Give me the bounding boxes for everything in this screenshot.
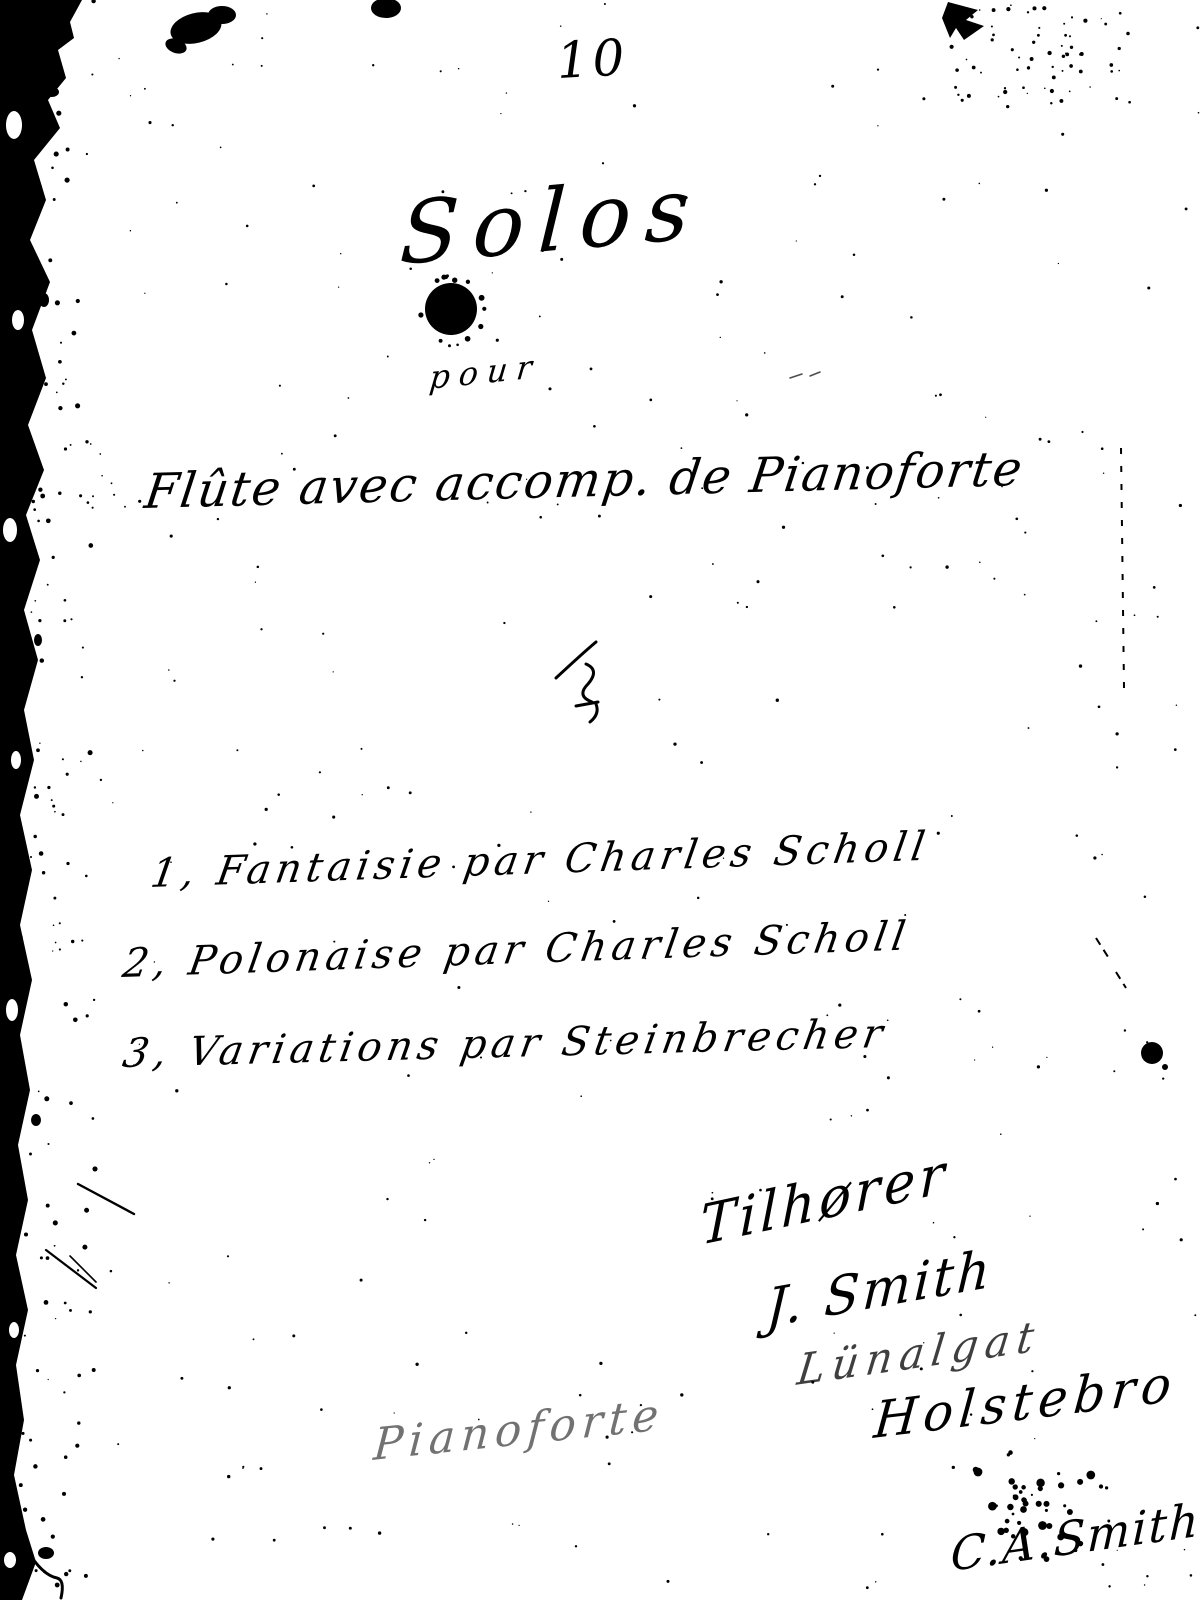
binding-edge [0, 0, 82, 1600]
smudge-top-left [163, 6, 236, 56]
page-number: 10 [555, 32, 629, 86]
manuscript-title-page: 10 Solos pour Flûte avec accomp. de Pian… [0, 0, 1202, 1600]
smudge-top-right-speckle [950, 4, 1131, 108]
smudge-top-right [942, 2, 984, 40]
smudge-top-center [371, 0, 401, 18]
fold-crease [1096, 448, 1126, 988]
ink-blot [418, 274, 486, 347]
squiggle-mark [556, 372, 820, 722]
main-title: Solos [398, 165, 705, 278]
scratch-marks [27, 1184, 134, 1598]
ink-dot-right [1141, 1042, 1168, 1070]
